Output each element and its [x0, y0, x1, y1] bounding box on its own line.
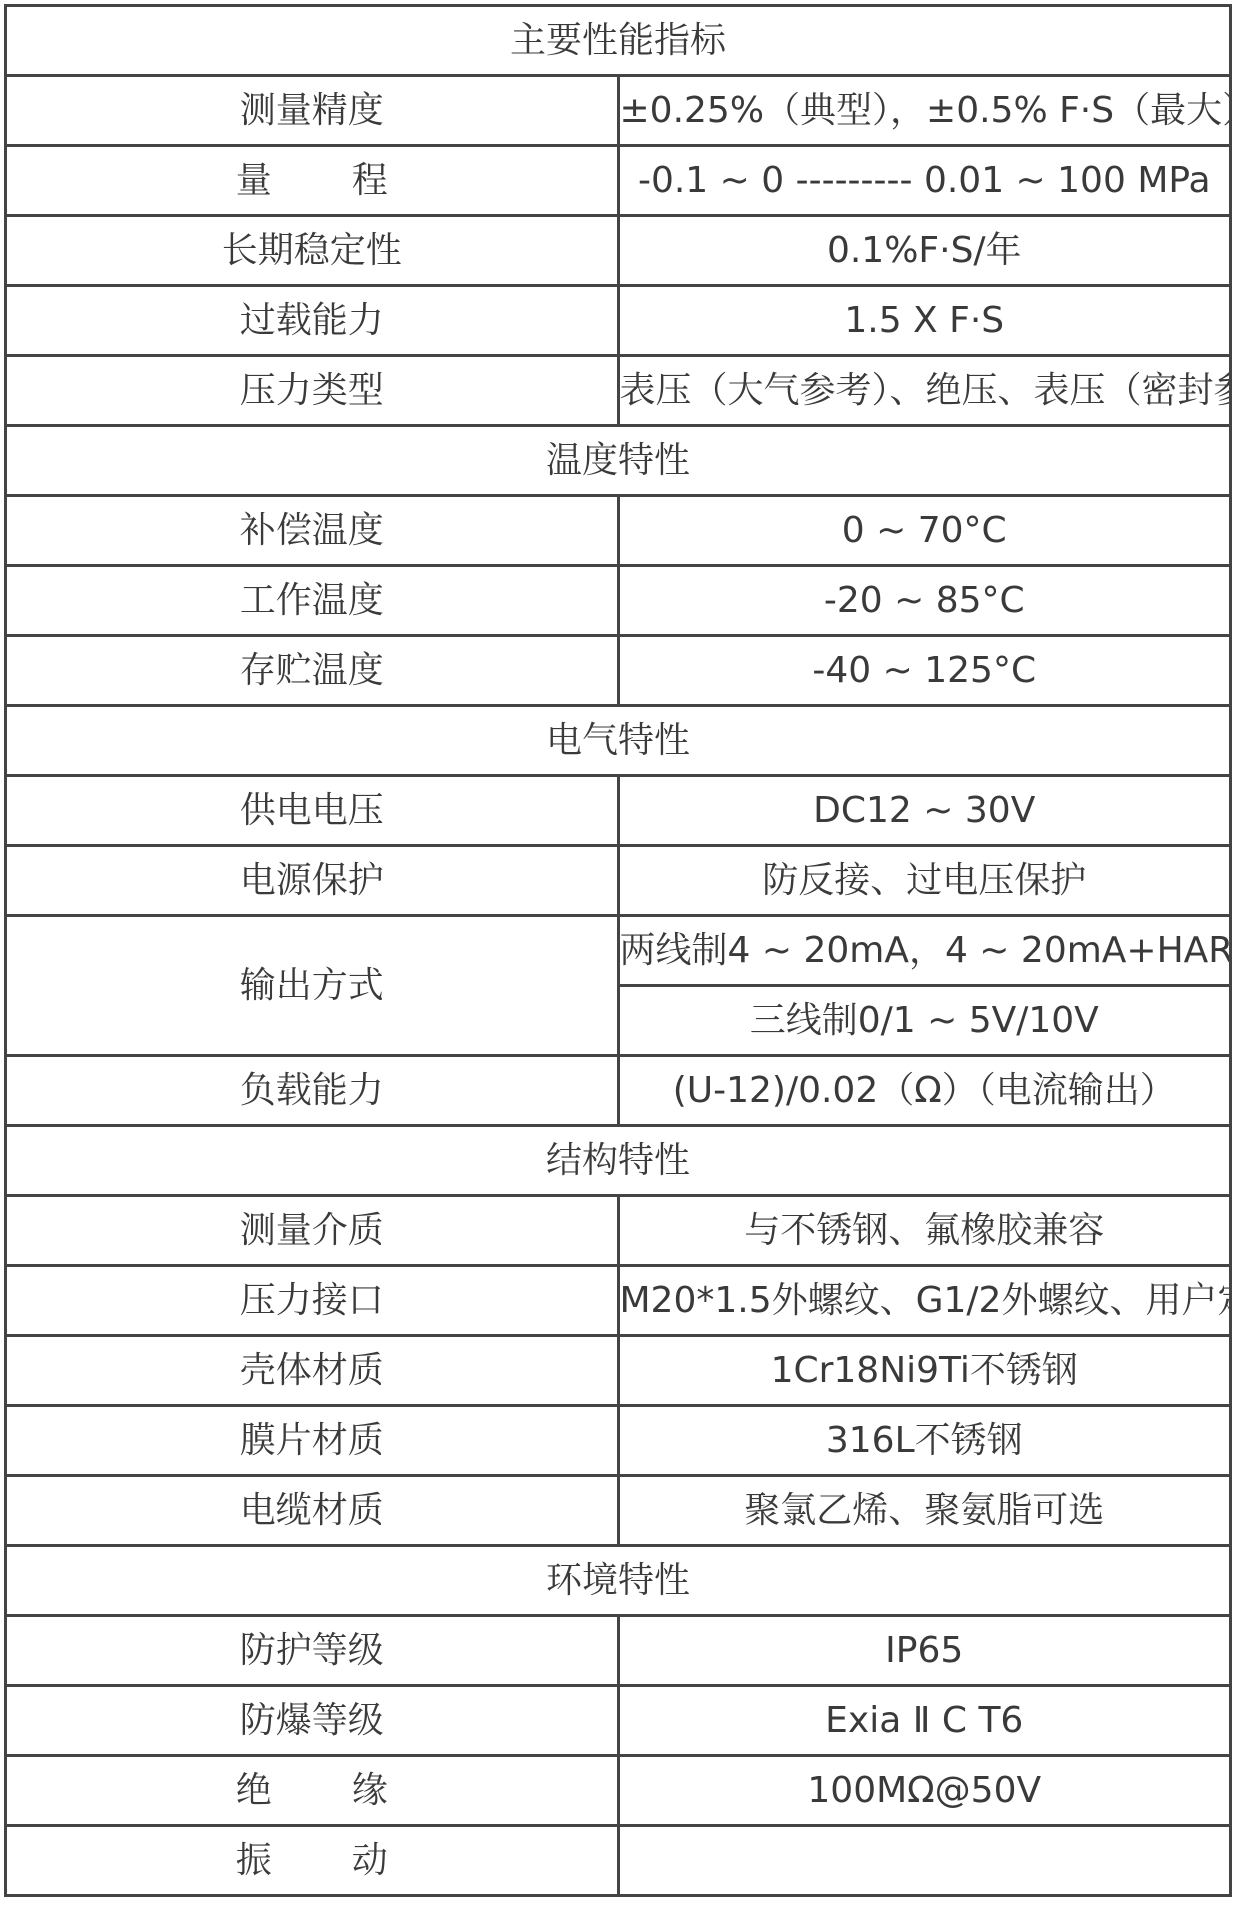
row-label: 负载能力	[6, 1056, 619, 1126]
row-label: 测量介质	[6, 1196, 619, 1266]
row-label: 防护等级	[6, 1616, 619, 1686]
table-row: 壳体材质 1Cr18Ni9Ti不锈钢	[6, 1336, 1231, 1406]
row-label: 过载能力	[6, 286, 619, 356]
row-value: DC12 ~ 30V	[618, 776, 1231, 846]
row-value: M20*1.5外螺纹、G1/2外螺纹、用户定制	[618, 1266, 1231, 1336]
row-label: 振动	[6, 1826, 619, 1896]
row-label: 测量精度	[6, 76, 619, 146]
row-value: 与不锈钢、氟橡胶兼容	[618, 1196, 1231, 1266]
row-value: 100MΩ@50V	[618, 1756, 1231, 1826]
table-row: 测量精度 ±0.25%（典型），±0.5% F·S（最大）	[6, 76, 1231, 146]
row-label: 输出方式	[6, 916, 619, 1056]
table-row: 长期稳定性 0.1%F·S/年	[6, 216, 1231, 286]
row-value: -0.1 ~ 0 --------- 0.01 ~ 100 MPa	[618, 146, 1231, 216]
row-value: IP65	[618, 1616, 1231, 1686]
table-row: 电缆材质 聚氯乙烯、聚氨脂可选	[6, 1476, 1231, 1546]
table-row: 振动	[6, 1826, 1231, 1896]
row-value: 0 ~ 70°C	[618, 496, 1231, 566]
row-label: 长期稳定性	[6, 216, 619, 286]
table-row: 膜片材质 316L不锈钢	[6, 1406, 1231, 1476]
row-value: 两线制4 ~ 20mA，4 ~ 20mA+HART（可选）	[618, 916, 1231, 986]
table-row: 存贮温度 -40 ~ 125°C	[6, 636, 1231, 706]
row-label: 供电电压	[6, 776, 619, 846]
row-label: 存贮温度	[6, 636, 619, 706]
row-value: 1.5 X F·S	[618, 286, 1231, 356]
row-value: 1Cr18Ni9Ti不锈钢	[618, 1336, 1231, 1406]
row-value: ±0.25%（典型），±0.5% F·S（最大）	[618, 76, 1231, 146]
row-label: 膜片材质	[6, 1406, 619, 1476]
row-label: 量程	[6, 146, 619, 216]
row-value: 表压（大气参考）、绝压、表压（密封参考）	[618, 356, 1231, 426]
row-value: -20 ~ 85°C	[618, 566, 1231, 636]
table-row: 电源保护 防反接、过电压保护	[6, 846, 1231, 916]
section-header-row: 环境特性	[6, 1546, 1231, 1616]
row-label: 压力类型	[6, 356, 619, 426]
row-label: 防爆等级	[6, 1686, 619, 1756]
table-row: 测量介质 与不锈钢、氟橡胶兼容	[6, 1196, 1231, 1266]
row-label: 补偿温度	[6, 496, 619, 566]
section-title: 主要性能指标	[6, 6, 1231, 76]
spec-table: 主要性能指标 测量精度 ±0.25%（典型），±0.5% F·S（最大） 量程 …	[4, 4, 1232, 1897]
row-label-part: 缘	[352, 1770, 388, 1811]
table-row: 工作温度 -20 ~ 85°C	[6, 566, 1231, 636]
row-label: 电缆材质	[6, 1476, 619, 1546]
row-value: 316L不锈钢	[618, 1406, 1231, 1476]
section-header-row: 温度特性	[6, 426, 1231, 496]
table-row: 过载能力 1.5 X F·S	[6, 286, 1231, 356]
table-row: 量程 -0.1 ~ 0 --------- 0.01 ~ 100 MPa	[6, 146, 1231, 216]
row-value	[618, 1826, 1231, 1896]
row-label: 压力接口	[6, 1266, 619, 1336]
row-value: 0.1%F·S/年	[618, 216, 1231, 286]
section-title: 电气特性	[6, 706, 1231, 776]
row-label-part: 振	[236, 1840, 272, 1881]
table-row: 防爆等级 Exia Ⅱ C T6	[6, 1686, 1231, 1756]
section-title: 结构特性	[6, 1126, 1231, 1196]
table-row: 输出方式 两线制4 ~ 20mA，4 ~ 20mA+HART（可选）	[6, 916, 1231, 986]
table-row: 压力类型 表压（大气参考）、绝压、表压（密封参考）	[6, 356, 1231, 426]
table-row: 防护等级 IP65	[6, 1616, 1231, 1686]
section-title: 温度特性	[6, 426, 1231, 496]
table-row: 负载能力 (U-12)/0.02（Ω）（电流输出）	[6, 1056, 1231, 1126]
row-value: 三线制0/1 ~ 5V/10V	[618, 986, 1231, 1056]
row-label-part: 量	[236, 160, 272, 201]
table-row: 绝缘 100MΩ@50V	[6, 1756, 1231, 1826]
section-header-row: 主要性能指标	[6, 6, 1231, 76]
section-title: 环境特性	[6, 1546, 1231, 1616]
table-row: 压力接口 M20*1.5外螺纹、G1/2外螺纹、用户定制	[6, 1266, 1231, 1336]
table-row: 供电电压 DC12 ~ 30V	[6, 776, 1231, 846]
row-label-part: 动	[352, 1840, 388, 1881]
row-value: -40 ~ 125°C	[618, 636, 1231, 706]
row-value: (U-12)/0.02（Ω）（电流输出）	[618, 1056, 1231, 1126]
row-value: 聚氯乙烯、聚氨脂可选	[618, 1476, 1231, 1546]
row-value: 防反接、过电压保护	[618, 846, 1231, 916]
row-label: 工作温度	[6, 566, 619, 636]
row-label: 壳体材质	[6, 1336, 619, 1406]
row-label-part: 程	[352, 160, 388, 201]
table-row: 补偿温度 0 ~ 70°C	[6, 496, 1231, 566]
row-label-part: 绝	[236, 1770, 272, 1811]
section-header-row: 结构特性	[6, 1126, 1231, 1196]
row-value: Exia Ⅱ C T6	[618, 1686, 1231, 1756]
section-header-row: 电气特性	[6, 706, 1231, 776]
row-label: 电源保护	[6, 846, 619, 916]
row-label: 绝缘	[6, 1756, 619, 1826]
